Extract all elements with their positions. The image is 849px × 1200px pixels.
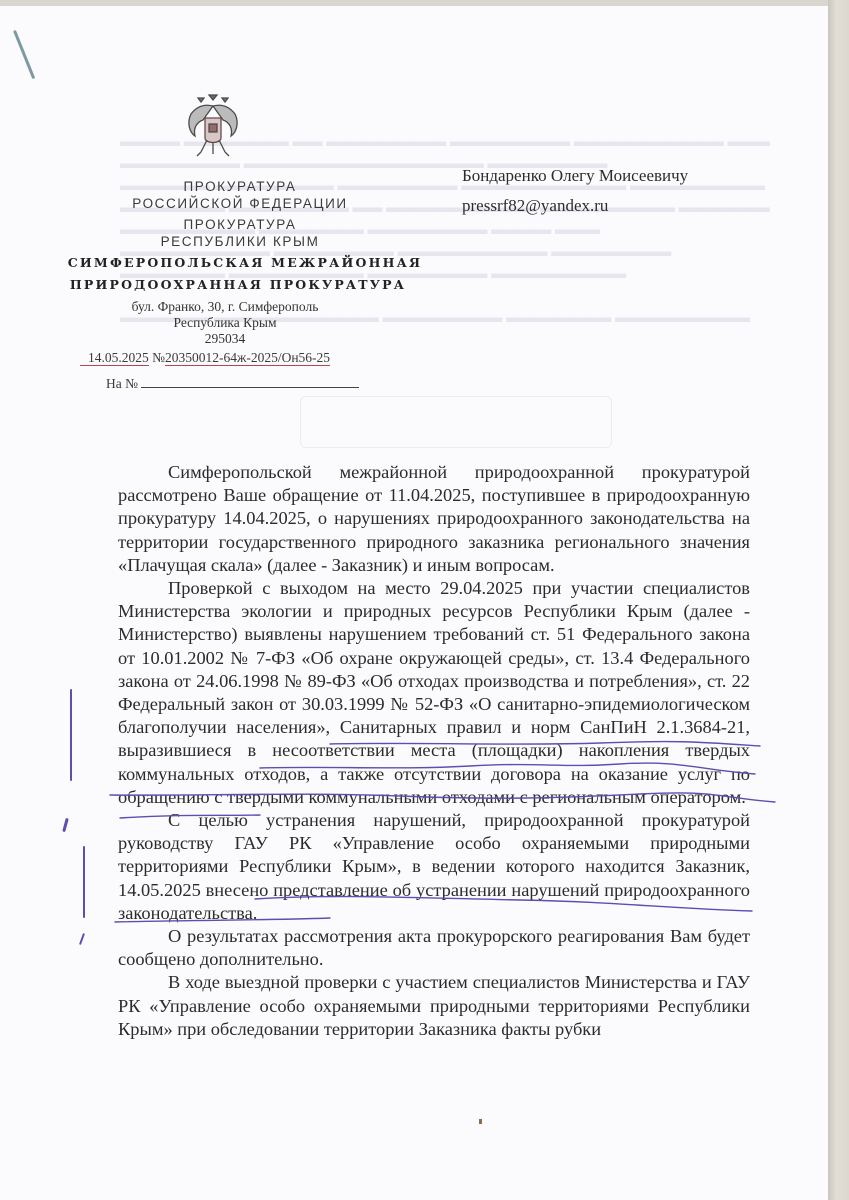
margin-pen-tick <box>62 818 69 832</box>
org-bold-1: СИМФЕРОПОЛЬСКАЯ МЕЖРАЙОННАЯ <box>52 252 438 274</box>
body-paragraph: Симферопольской межрайонной природоохран… <box>118 461 750 577</box>
postal-code: 295034 <box>40 331 410 347</box>
margin-pen-line <box>70 689 72 781</box>
reference-line: 14.05.2025 №20350012-64ж-2025/Он56-25 <box>80 350 330 366</box>
org-bold-2: ПРИРОДООХРАННАЯ ПРОКУРАТУРА <box>52 274 424 296</box>
org-line-2: РОССИЙСКОЙ ФЕДЕРАЦИИ <box>70 195 410 212</box>
reference-number: 20350012-64ж-2025/Он56-25 <box>165 350 330 366</box>
reply-to-blank <box>141 375 359 388</box>
document-page: ▬▬▬▬ ▬▬▬▬▬▬▬ ▬▬ ▬▬▬▬▬▬▬▬ ▬▬▬▬▬▬▬▬ ▬▬▬▬▬▬… <box>0 6 830 1200</box>
reply-to-label: На № <box>106 376 138 391</box>
address-line-1: бул. Франко, 30, г. Симферополь <box>40 299 410 315</box>
reference-date: 14.05.2025 <box>80 350 149 366</box>
scan-edge <box>828 0 849 1200</box>
coat-of-arms-icon <box>183 92 243 162</box>
body-paragraph: В ходе выездной проверки с участием спец… <box>118 971 750 1041</box>
margin-pen-line <box>83 846 85 918</box>
reply-to-line: На № <box>106 375 359 392</box>
recipient-name: Бондаренко Олегу Моисеевичу <box>462 166 688 186</box>
bleed-through-stamp <box>300 396 612 448</box>
body-paragraph: О результатах рассмотрения акта прокурор… <box>118 925 750 971</box>
reference-number-label: № <box>152 350 165 365</box>
body-paragraph: Проверкой с выходом на место 29.04.2025 … <box>118 577 750 809</box>
org-line-4: РЕСПУБЛИКИ КРЫМ <box>70 233 410 250</box>
letterhead: ПРОКУРАТУРА РОССИЙСКОЙ ФЕДЕРАЦИИ ПРОКУРА… <box>70 178 410 347</box>
body-paragraph: С целью устранения нарушений, природоохр… <box>118 809 750 925</box>
recipient-email: pressrf82@yandex.ru <box>462 196 608 216</box>
margin-pen-tick <box>79 933 85 945</box>
address-line-2: Республика Крым <box>40 315 410 331</box>
speck <box>479 1119 482 1124</box>
letter-body: Симферопольской межрайонной природоохран… <box>118 461 750 1041</box>
org-line-3: ПРОКУРАТУРА <box>70 216 410 233</box>
pen-mark <box>13 30 35 79</box>
org-line-1: ПРОКУРАТУРА <box>70 178 410 195</box>
